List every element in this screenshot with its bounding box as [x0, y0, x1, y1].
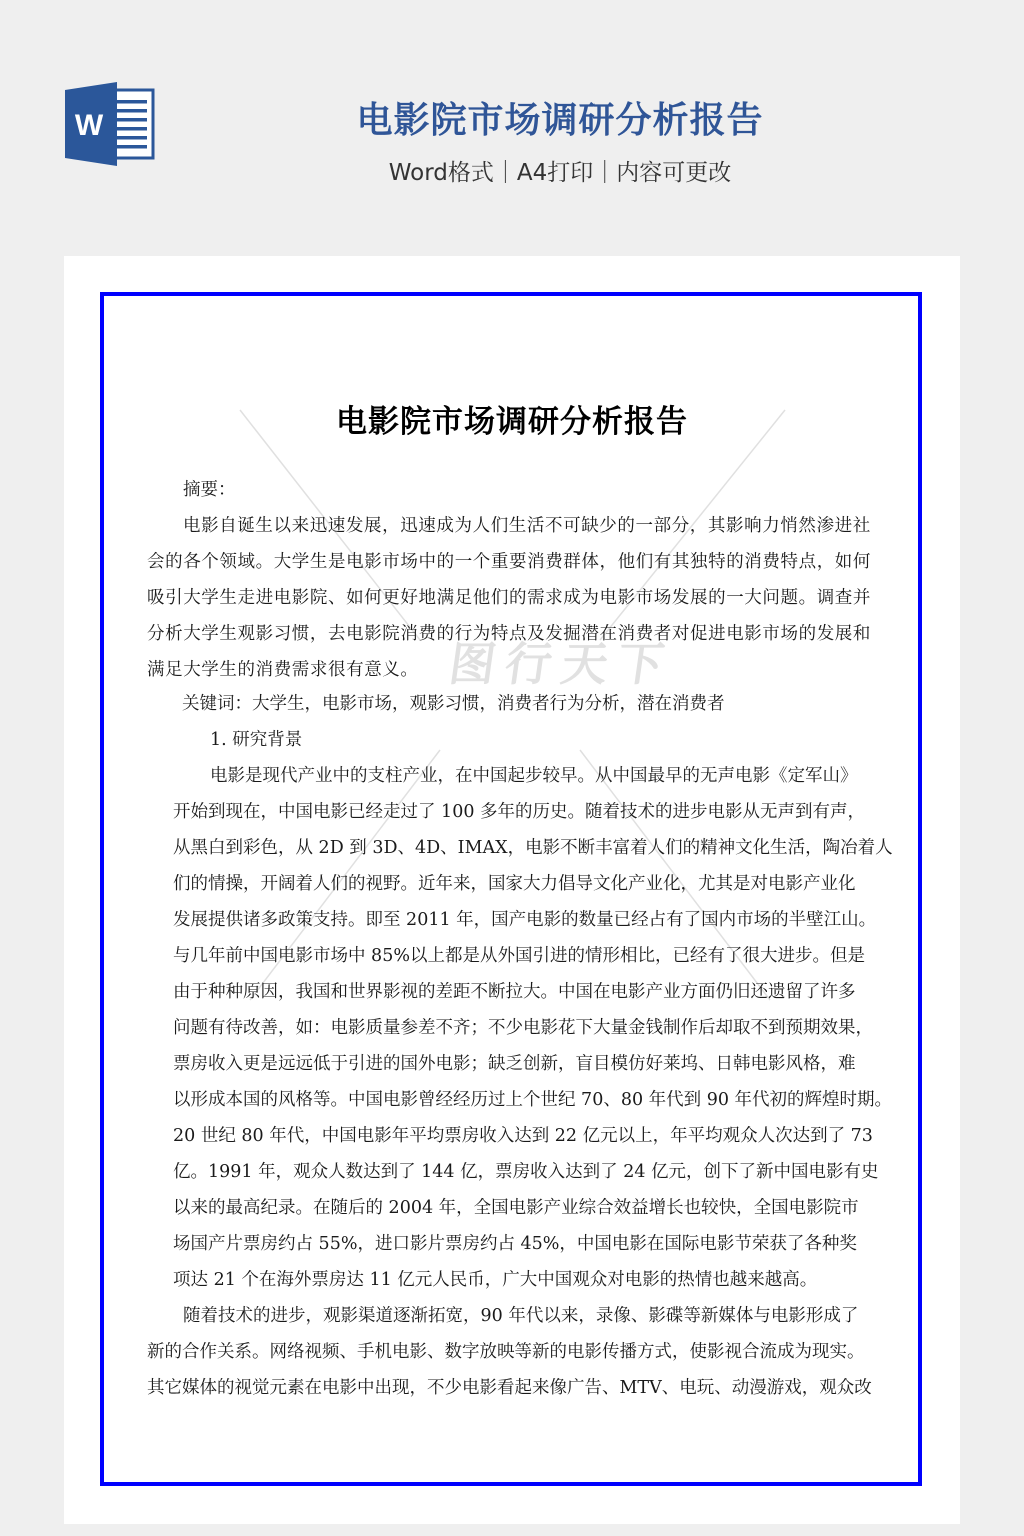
body-line: 新的合作关系。网络视频、手机电影、数字放映等新的电影传播方式，使影视合流成为现实…	[147, 1340, 865, 1364]
body-line: 票房收入更是远远低于引进的国外电影；缺乏创新，盲目模仿好莱坞、日韩电影风格，难	[173, 1052, 856, 1076]
abstract-line: 会的各个领域。大学生是电影市场中的一个重要消费群体，他们有其独特的消费特点，如何	[147, 550, 871, 574]
document-title: 电影院市场调研分析报告	[150, 396, 874, 441]
body-line: 由于种种原因，我国和世界影视的差距不断拉大。中国在电影产业方面仍旧还遗留了许多	[173, 980, 856, 1004]
word-document-icon: W	[65, 82, 157, 166]
header-subtitle: Word格式｜A4打印｜内容可更改	[330, 154, 790, 187]
keywords-line: 关键词：大学生，电影市场，观影习惯，消费者行为分析，潜在消费者	[182, 692, 725, 716]
body-line: 以来的最高纪录。在随后的 2004 年，全国电影产业综合效益增长也较快，全国电影…	[173, 1196, 859, 1220]
body-line: 随着技术的进步，观影渠道逐渐拓宽，90 年代以来，录像、影碟等新媒体与电影形成了	[183, 1304, 858, 1328]
header-title: 电影院市场调研分析报告	[330, 92, 790, 143]
body-line: 问题有待改善，如：电影质量参差不齐；不少电影花下大量金钱制作后却取不到预期效果，	[173, 1016, 873, 1040]
abstract-line: 电影自诞生以来迅速发展，迅速成为人们生活不可缺少的一部分，其影响力悄然渗进社	[183, 514, 871, 538]
section-heading: 1. 研究背景	[210, 728, 302, 752]
abstract-line: 吸引大学生走进电影院、如何更好地满足他们的需求成为电影市场发展的一大问题。调查并	[147, 586, 871, 610]
body-line: 项达 21 个在海外票房达 11 亿元人民币，广大中国观众对电影的热情也越来越高…	[173, 1268, 817, 1292]
abstract-label: 摘要：	[183, 478, 236, 502]
abstract-line: 分析大学生观影习惯，去电影院消费的行为特点及发掘潜在消费者对促进电影市场的发展和	[147, 622, 871, 646]
header-banner: W 电影院市场调研分析报告 Word格式｜A4打印｜内容可更改	[0, 0, 1024, 240]
body-line: 从黑白到彩色，从 2D 到 3D、4D、IMAX，电影不断丰富着人们的精神文化生…	[173, 836, 893, 860]
body-line: 其它媒体的视觉元素在电影中出现，不少电影看起来像广告、MTV、电玩、动漫游戏，观…	[147, 1376, 872, 1400]
body-line: 场国产片票房约占 55%，进口影片票房约占 45%，中国电影在国际电影节荣获了各…	[173, 1232, 857, 1256]
body-line: 电影是现代产业中的支柱产业，在中国起步较早。从中国最早的无声电影《定军山》	[210, 764, 858, 788]
body-line: 发展提供诸多政策支持。即至 2011 年，国产电影的数量已经占有了国内市场的半壁…	[173, 908, 876, 932]
body-line: 以形成本国的风格等。中国电影曾经经历过上个世纪 70、80 年代到 90 年代初…	[173, 1088, 892, 1112]
body-line: 亿。1991 年，观众人数达到了 144 亿，票房收入达到了 24 亿元，创下了…	[173, 1160, 879, 1184]
body-line: 与几年前中国电影市场中 85%以上都是从外国引进的情形相比，已经有了很大进步。但…	[173, 944, 865, 968]
body-line: 开始到现在，中国电影已经走过了 100 多年的历史。随着技术的进步电影从无声到有…	[173, 800, 865, 824]
svg-text:W: W	[75, 109, 104, 142]
body-line: 20 世纪 80 年代，中国电影年平均票房收入达到 22 亿元以上，年平均观众人…	[173, 1124, 873, 1148]
abstract-line: 满足大学生的消费需求很有意义。	[147, 658, 419, 682]
body-line: 们的情操，开阔着人们的视野。近年来，国家大力倡导文化产业化，尤其是对电影产业化	[173, 872, 856, 896]
